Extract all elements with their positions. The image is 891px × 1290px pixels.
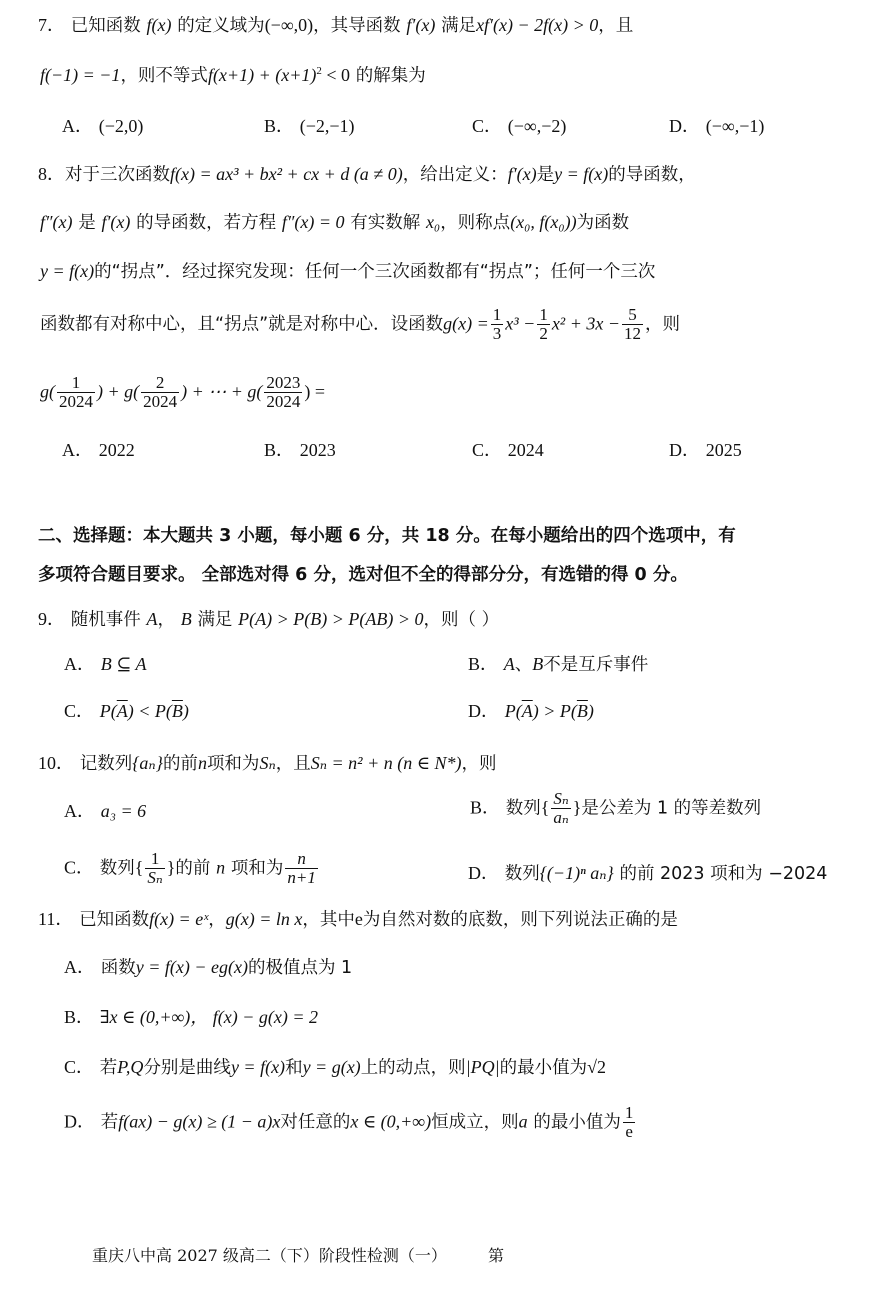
question-10-option-b: B． 数列{Sₙaₙ}是公差为 1 的等差数列 [470, 790, 761, 827]
footer-exam-title: 重庆八中高 2027 级高二（下）阶段性检测（一） [92, 1246, 447, 1265]
fraction: Sₙaₙ [551, 790, 570, 827]
question-11-stem: 11． 已知函数f(x) = eˣ，g(x) = ln x，其中e为自然对数的底… [38, 910, 678, 930]
question-9-option-a: A． B ⊆ A [64, 655, 146, 674]
question-11-option-d: D． 若f(ax) − g(x) ≥ (1 − a)x对任意的x ∈ (0,+∞… [64, 1104, 637, 1141]
question-8-line-2: f″(x) 是 f′(x) 的导函数，若方程 f″(x) = 0 有实数解 x₀… [40, 213, 629, 233]
question-7-option-c: C． (−∞,−2) [472, 117, 566, 136]
question-10-option-a: A． a₃ = 6 [64, 802, 146, 821]
fraction: 12 [537, 306, 550, 343]
fraction: 12024 [57, 374, 95, 411]
question-8-line-1: 8．对于三次函数f(x) = ax³ + bx² + cx + d (a ≠ 0… [38, 165, 696, 185]
question-number: 11． [38, 909, 73, 929]
question-8-line-4: 函数都有对称中心，且“拐点”就是对称中心．设函数g(x) =13x³ −12x²… [40, 306, 680, 343]
fraction: 512 [622, 306, 643, 343]
question-7-option-d: D． (−∞,−1) [669, 117, 764, 136]
section-2-heading-line-1: 二、选择题：本大题共 3 小题，每小题 6 分，共 18 分。在每小题给出的四个… [38, 528, 736, 546]
question-7-option-b: B． (−2,−1) [264, 117, 355, 136]
question-9-option-c: C． P(A) < P(B) [64, 702, 189, 721]
page-footer: 重庆八中高 2027 级高二（下）阶段性检测（一） 第 [92, 1248, 504, 1264]
fraction: 22024 [141, 374, 179, 411]
fraction: 1e [623, 1104, 636, 1141]
footer-page-label: 第 [488, 1246, 504, 1265]
section-2-heading-line-2: 多项符合题目要求。 全部选对得 6 分，选对但不全的得部分分，有选错的得 0 分… [38, 567, 688, 585]
fraction: 20232024 [264, 374, 302, 411]
question-number: 7． [38, 15, 65, 35]
question-9-option-b: B． A、B不是互斥事件 [468, 655, 648, 675]
question-8-line-3: y = f(x)的“拐点”．经过探究发现：任何一个三次函数都有“拐点”；任何一个… [40, 262, 655, 282]
question-10-option-d: D． 数列{(−1)ⁿ aₙ} 的前 2023 项和为 −2024 [468, 864, 827, 884]
question-8-line-5: g(12024) + g(22024) + ⋯ + g(20232024) = [40, 374, 325, 411]
question-7-option-a: A． (−2,0) [62, 117, 143, 136]
fraction: nn+1 [285, 850, 317, 887]
question-11-option-a: A． 函数y = f(x) − eg(x)的极值点为 1 [64, 958, 352, 978]
question-number: 10． [38, 753, 74, 773]
question-11-option-b: B． ∃x ∈ (0,+∞)， f(x) − g(x) = 2 [64, 1008, 318, 1027]
question-8-option-d: D． 2025 [669, 441, 742, 460]
fraction: 13 [491, 306, 504, 343]
question-10-stem: 10． 记数列{aₙ}的前n项和为Sₙ，且Sₙ = n² + n (n ∈ N*… [38, 754, 497, 774]
question-10-option-c: C． 数列{1Sₙ}的前 n 项和为nn+1 [64, 850, 320, 887]
question-8-option-b: B． 2023 [264, 441, 336, 460]
question-7-line-2: f(−1) = −1，则不等式f(x+1) + (x+1)2 < 0 的解集为 [40, 66, 426, 86]
question-9-stem: 9． 随机事件 A， B 满足 P(A) > P(B) > P(AB) > 0，… [38, 610, 499, 630]
question-7-line-1: 7． 已知函数 f(x) 的定义域为(−∞,0)，其导函数 f′(x) 满足xf… [38, 16, 633, 36]
question-9-option-d: D． P(A) > P(B) [468, 702, 594, 721]
fraction: 1Sₙ [145, 850, 164, 887]
question-8-option-a: A． 2022 [62, 441, 135, 460]
question-number: 9． [38, 609, 65, 629]
question-11-option-c: C． 若P,Q分别是曲线y = f(x)和y = g(x)上的动点，则|PQ|的… [64, 1058, 606, 1078]
question-number: 8． [38, 164, 65, 184]
question-8-option-c: C． 2024 [472, 441, 544, 460]
